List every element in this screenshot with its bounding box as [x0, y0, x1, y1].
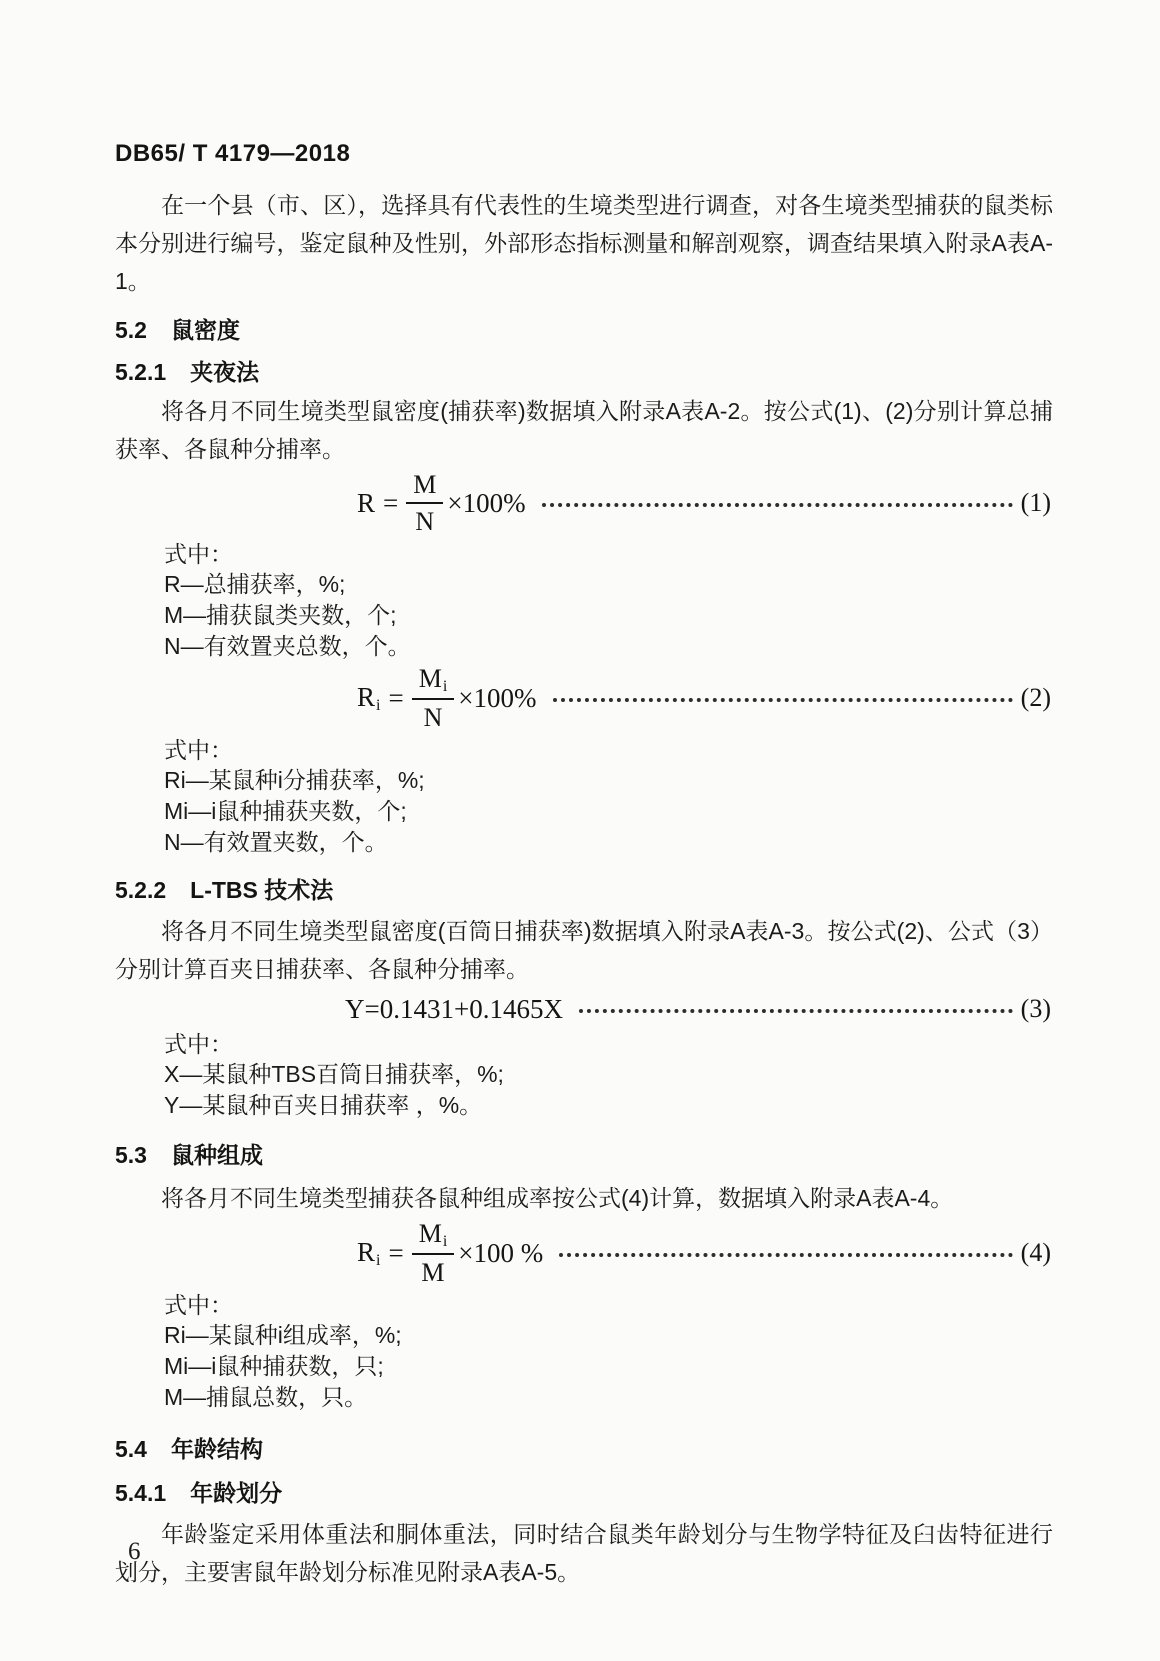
formula-1-number: (1): [1021, 488, 1051, 518]
dotted-leader: [579, 1009, 1013, 1013]
definition-item: N—有效置夹数，个。: [164, 827, 1053, 858]
dotted-leader: [553, 698, 1013, 702]
where-label: 式中：: [164, 1291, 1053, 1320]
fraction: Mi N: [412, 664, 455, 732]
where-label: 式中：: [164, 736, 1053, 765]
definition-item: M—捕获鼠类夹数，个;: [164, 600, 1053, 631]
definition-item: X—某鼠种TBS百筒日捕获率，%;: [164, 1059, 1053, 1090]
paragraph-5-3: 将各月不同生境类型捕获各鼠种组成率按公式(4)计算，数据填入附录A表A-4。: [115, 1179, 1053, 1217]
numerator-base: M: [419, 664, 442, 693]
definition-item: N—有效置夹总数，个。: [164, 631, 1053, 662]
formula-4-multiplier: ×100 %: [458, 1238, 543, 1269]
fraction-denominator: N: [424, 700, 443, 732]
section-title: 鼠密度: [171, 317, 240, 343]
formula-1-multiplier: ×100%: [447, 488, 525, 519]
definition-item: Y—某鼠种百夹日捕获率 ，%。: [164, 1090, 1053, 1121]
section-number: 5.2.2: [115, 877, 166, 903]
formula-4-number: (4): [1021, 1238, 1051, 1268]
section-number: 5.4: [115, 1436, 147, 1462]
formula-1-lhs: R: [357, 488, 375, 519]
subscript-i: i: [376, 1252, 380, 1269]
definition-list: R—总捕获率，%; M—捕获鼠类夹数，个; N—有效置夹总数，个。: [164, 569, 1053, 662]
definition-item: Ri—某鼠种i组成率，%;: [164, 1320, 1053, 1351]
formula-4-row: Ri = Mi M ×100 % (4): [115, 1219, 1053, 1287]
equals-sign: =: [383, 488, 398, 519]
paragraph-5-4-1: 年龄鉴定采用体重法和胴体重法，同时结合鼠类年龄划分与生物学特征及臼齿特征进行划分…: [115, 1515, 1053, 1591]
definition-item: Mi—i鼠种捕获夹数，个;: [164, 796, 1053, 827]
fraction-numerator: Mi: [412, 664, 455, 700]
formula-2-lhs: Ri: [357, 682, 380, 714]
section-heading-5-4: 5.4年龄结构: [115, 1435, 1053, 1463]
section-heading-5-2-2: 5.2.2L-TBS 技术法: [115, 876, 1053, 904]
section-heading-5-2-1: 5.2.1夹夜法: [115, 358, 1053, 386]
section-title: 夹夜法: [190, 359, 259, 385]
subscript-i: i: [376, 697, 380, 714]
equals-sign: =: [388, 1238, 403, 1269]
section-number: 5.2: [115, 317, 147, 343]
fraction-numerator: M: [406, 470, 443, 504]
page-content: DB65/ T 4179—2018 在一个县（市、区），选择具有代表性的生境类型…: [115, 140, 1053, 1591]
formula-3-row: Y=0.1431+0.1465X (3): [115, 992, 1053, 1026]
fraction-numerator: Mi: [412, 1219, 455, 1255]
formula-2-number: (2): [1021, 683, 1051, 713]
subscript-i: i: [443, 1233, 447, 1250]
document-page: DB65/ T 4179—2018 在一个县（市、区），选择具有代表性的生境类型…: [0, 0, 1160, 1661]
definition-item: Ri—某鼠种i分捕获率，%;: [164, 765, 1053, 796]
numerator-base: M: [419, 1219, 442, 1248]
fraction-denominator: N: [415, 504, 434, 536]
document-number-header: DB65/ T 4179—2018: [115, 140, 1053, 168]
dotted-leader: [559, 1253, 1012, 1257]
subscript-i: i: [443, 678, 447, 695]
formula-4-lhs: Ri: [357, 1237, 380, 1269]
where-label: 式中：: [164, 1030, 1053, 1059]
paragraph-5-2-2: 将各月不同生境类型鼠密度(百筒日捕获率)数据填入附录A表A-3。按公式(2)、公…: [115, 912, 1053, 988]
formula-2-row: Ri = Mi N ×100% (2): [115, 664, 1053, 732]
section-title: 年龄结构: [171, 1436, 263, 1462]
definition-list: Ri—某鼠种i分捕获率，%; Mi—i鼠种捕获夹数，个; N—有效置夹数，个。: [164, 765, 1053, 858]
formula-3-expression: Y=0.1431+0.1465X: [345, 994, 563, 1025]
fraction-denominator: M: [421, 1255, 444, 1287]
section-number: 5.4.1: [115, 1480, 166, 1506]
section-heading-5-4-1: 5.4.1年龄划分: [115, 1479, 1053, 1507]
definition-item: Mi—i鼠种捕获数，只;: [164, 1351, 1053, 1382]
fraction: M N: [406, 470, 443, 536]
definition-item: R—总捕获率，%;: [164, 569, 1053, 600]
section-number: 5.3: [115, 1142, 147, 1168]
formula-2-multiplier: ×100%: [458, 683, 536, 714]
page-number: 6: [128, 1538, 141, 1566]
equals-sign: =: [388, 683, 403, 714]
intro-paragraph: 在一个县（市、区），选择具有代表性的生境类型进行调查，对各生境类型捕获的鼠类标本…: [115, 186, 1053, 300]
definition-item: M—捕鼠总数，只。: [164, 1382, 1053, 1413]
section-heading-5-3: 5.3鼠种组成: [115, 1141, 1053, 1169]
formula-1-row: R = M N ×100% (1): [115, 470, 1053, 536]
section-number: 5.2.1: [115, 359, 166, 385]
section-heading-5-2: 5.2鼠密度: [115, 316, 1053, 344]
formula-2-lhs-base: R: [357, 682, 375, 712]
formula-3-number: (3): [1021, 994, 1051, 1024]
section-title: 鼠种组成: [171, 1142, 263, 1168]
section-title: L-TBS 技术法: [190, 877, 333, 903]
definition-list: Ri—某鼠种i组成率，%; Mi—i鼠种捕获数，只; M—捕鼠总数，只。: [164, 1320, 1053, 1413]
where-label: 式中：: [164, 540, 1053, 569]
dotted-leader: [542, 503, 1013, 507]
section-title: 年龄划分: [190, 1480, 282, 1506]
fraction: Mi M: [412, 1219, 455, 1287]
definition-list: X—某鼠种TBS百筒日捕获率，%; Y—某鼠种百夹日捕获率 ，%。: [164, 1059, 1053, 1121]
formula-4-lhs-base: R: [357, 1237, 375, 1267]
paragraph-5-2-1: 将各月不同生境类型鼠密度(捕获率)数据填入附录A表A-2。按公式(1)、(2)分…: [115, 392, 1053, 468]
